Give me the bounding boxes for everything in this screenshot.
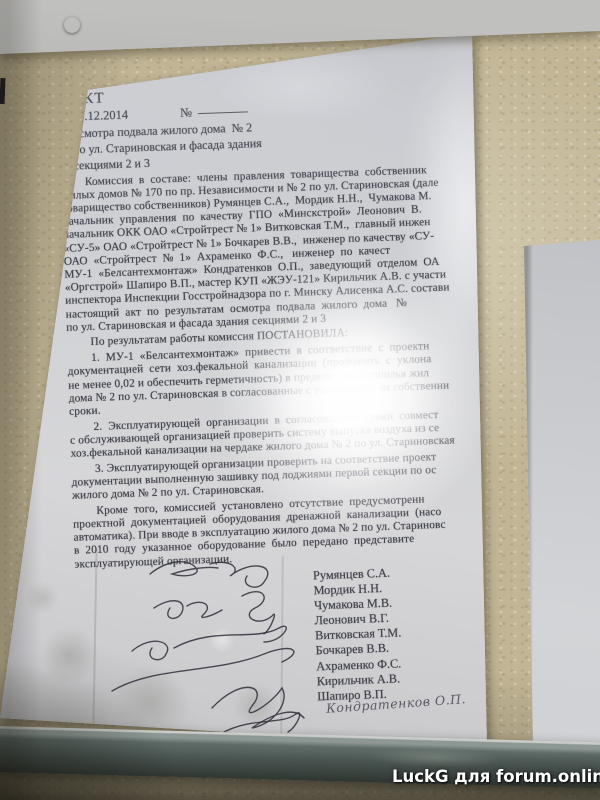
left-edge-mark	[0, 78, 5, 104]
watermark: LuckG для forum.onliner.by	[392, 767, 600, 786]
photo-of-document: АКТ 23.12.2014№ осмотра подвала жилого д…	[0, 0, 600, 800]
screw-icon	[64, 17, 80, 33]
top-clamp-rail	[0, 0, 600, 800]
top-rail-wrap	[0, 0, 600, 800]
